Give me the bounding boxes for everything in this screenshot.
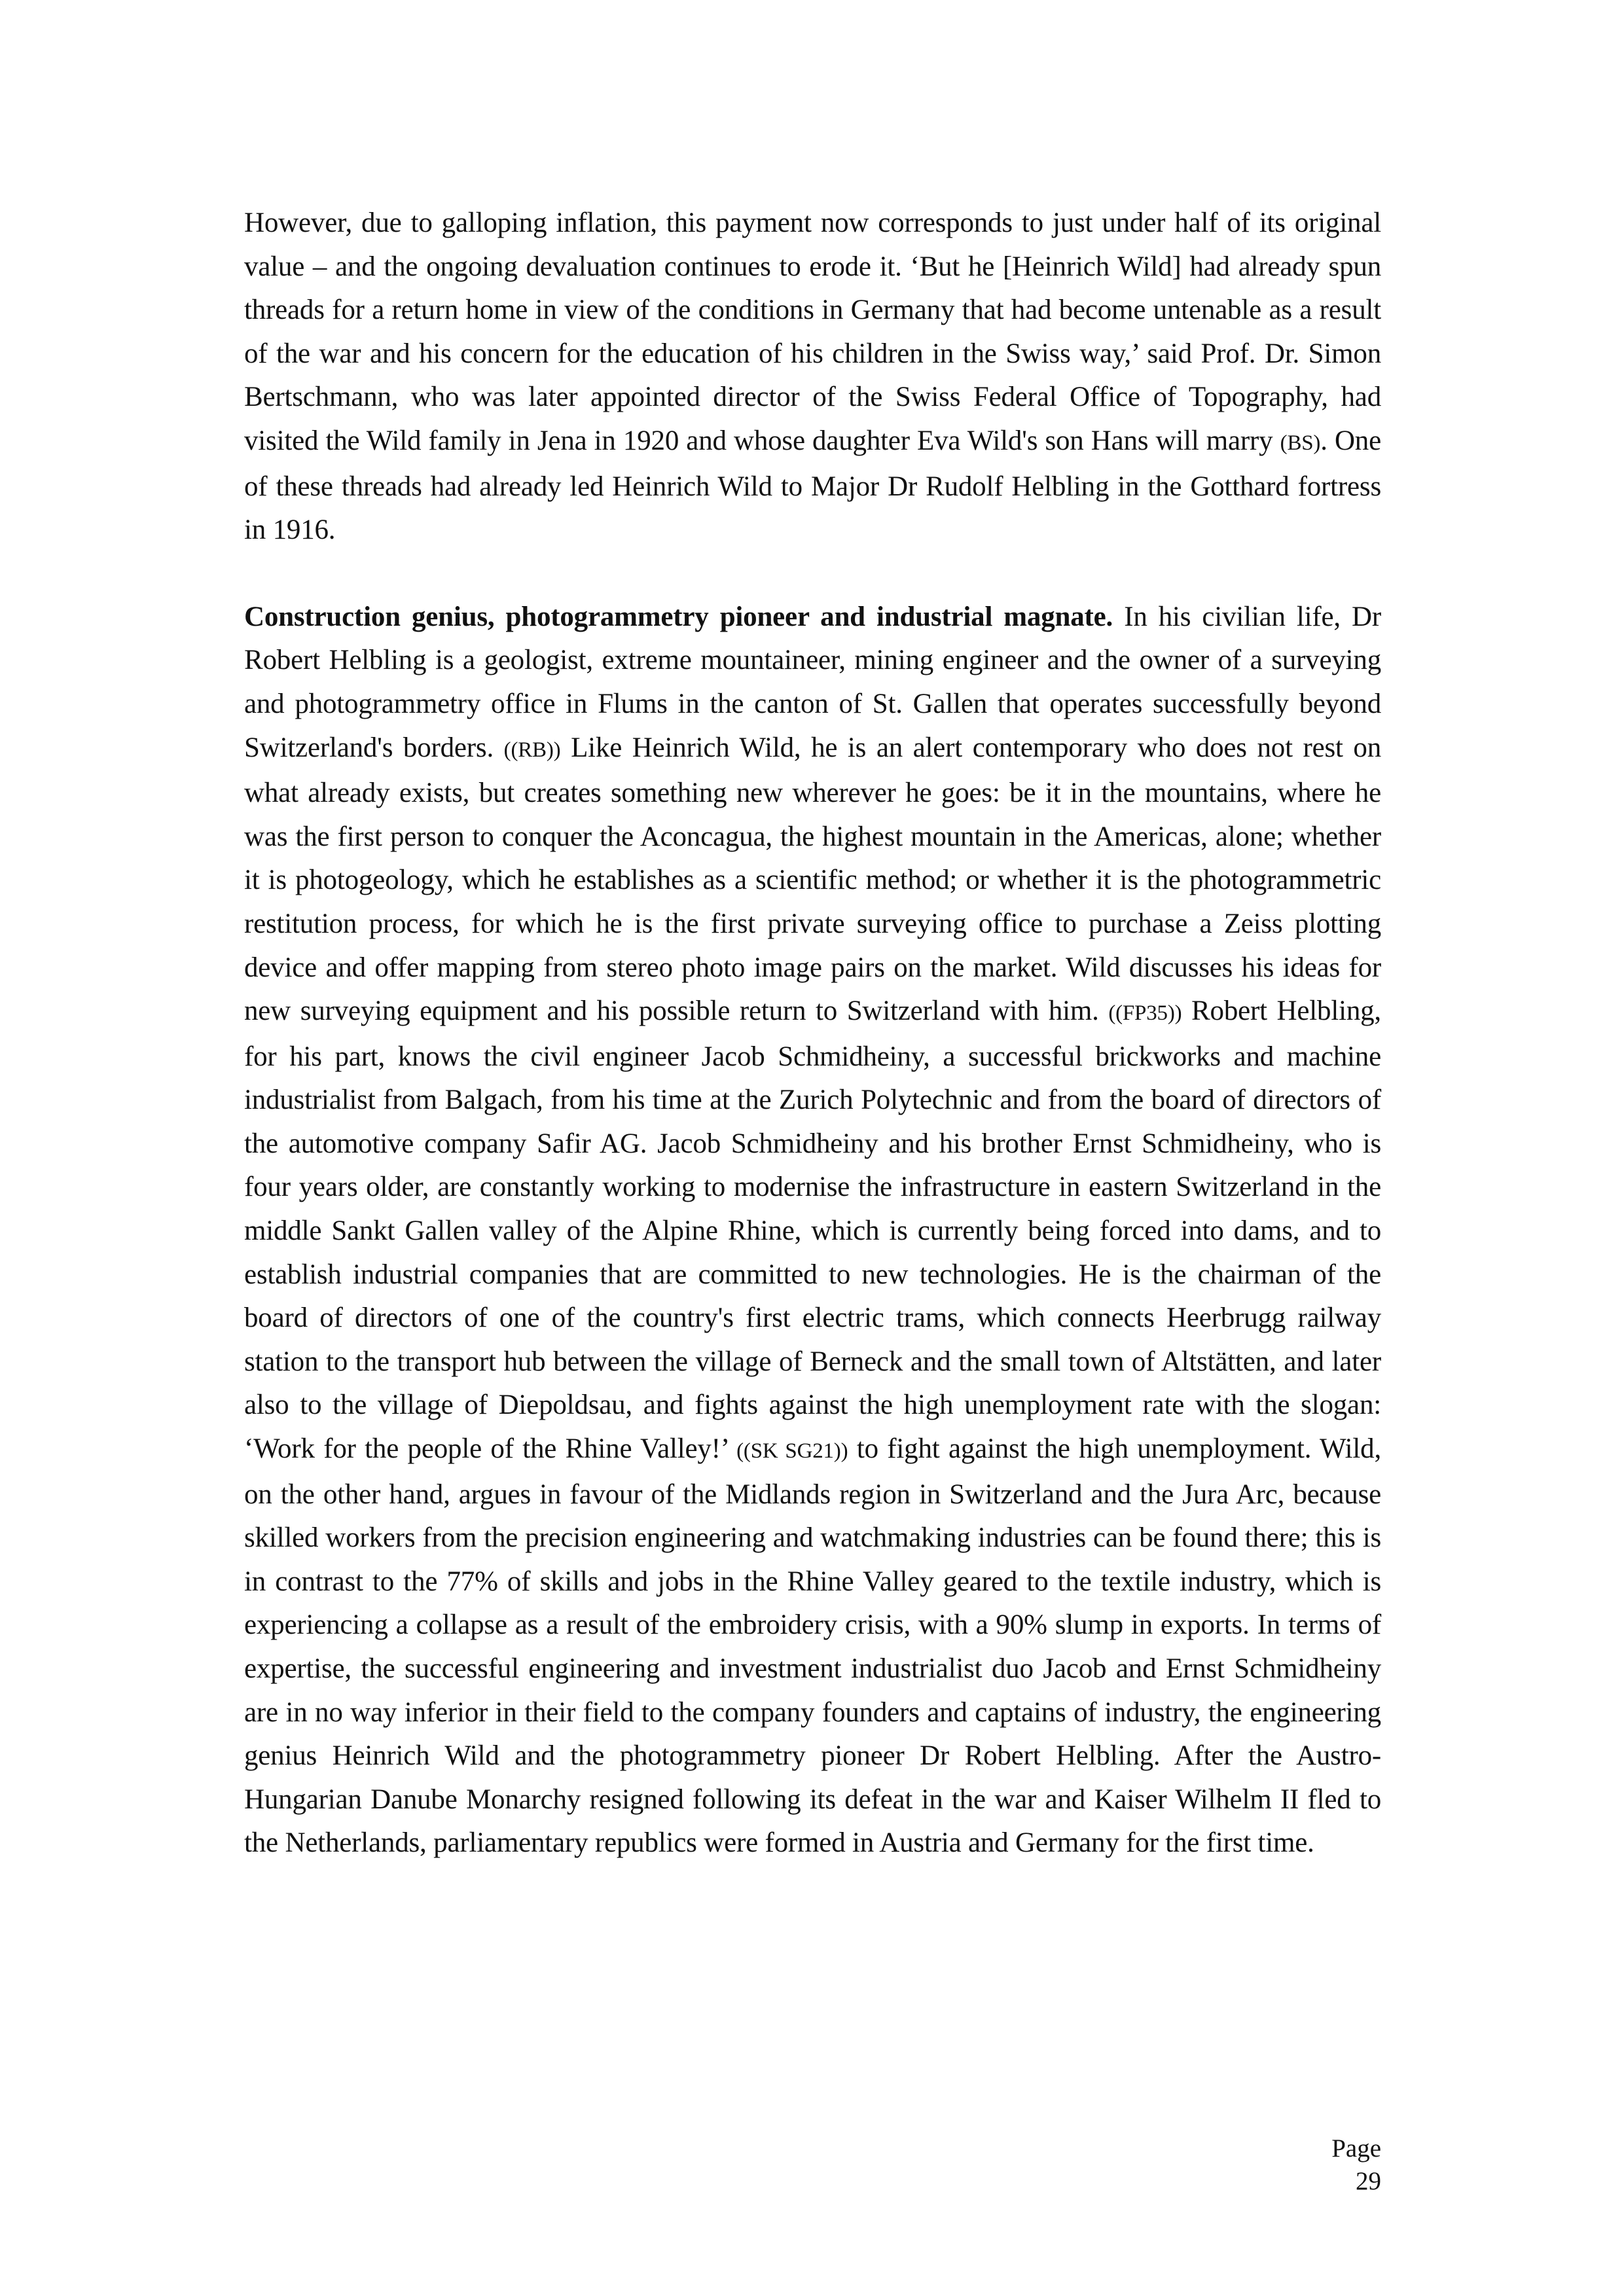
paragraph-text: Robert Helbling, for his part, knows the… [244, 996, 1381, 1464]
paragraph-construction-genius: Construction genius, photogrammetry pion… [244, 596, 1381, 1865]
paragraph-inflation: However, due to galloping inflation, thi… [244, 202, 1381, 552]
citation-fp35: ((FP35)) [1108, 1001, 1182, 1025]
citation-rb: ((RB)) [504, 738, 561, 762]
citation-sk-sg21: ((SK SG21)) [736, 1439, 848, 1463]
paragraph-text: Like Heinrich Wild, he is an alert conte… [244, 732, 1381, 1027]
page-number: Page 29 [1306, 2132, 1381, 2198]
paragraph-text: However, due to galloping inflation, thi… [244, 207, 1381, 456]
paragraph-text: to fight against the high unemployment. … [244, 1433, 1381, 1858]
document-page: However, due to galloping inflation, thi… [244, 202, 1381, 1865]
citation-bs: (BS) [1280, 431, 1321, 455]
section-run-in-heading: Construction genius, photogrammetry pion… [244, 601, 1113, 632]
